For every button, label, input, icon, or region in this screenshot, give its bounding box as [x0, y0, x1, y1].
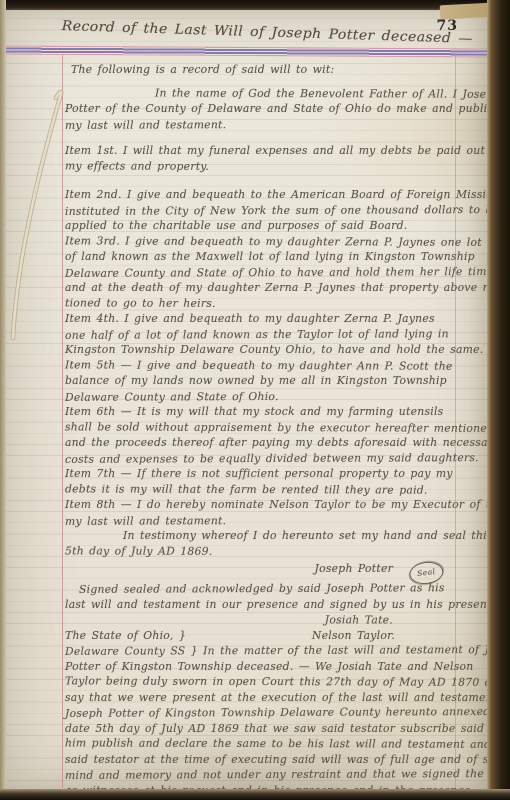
text-line-text: Item 8th — I do hereby nominate Nelson T… — [65, 498, 507, 511]
text-line: tioned to go to her heirs. — [65, 295, 457, 312]
text-line: my last will and testament. — [65, 116, 457, 133]
text-line: him publish and declare the same to be h… — [65, 735, 457, 752]
text-line: Potter of Kingston Township deceased. — … — [65, 659, 457, 675]
text-line-text: shall be sold without appraisement by th… — [65, 420, 494, 434]
text-line: Delaware County SS } In the matter of th… — [65, 642, 457, 659]
text-line-text: my last will and testament. — [65, 514, 226, 528]
page-corner-fold — [440, 3, 493, 20]
text-line-text: Potter of the County of Delaware and Sta… — [65, 102, 510, 115]
text-line: Item 6th — It is my will that my stock a… — [65, 404, 457, 420]
book-edge-right — [487, 0, 510, 800]
text-line-text: debts it is my will that the farm be ren… — [65, 482, 428, 496]
text-line-text: Delaware County SS } In the matter of th… — [65, 643, 510, 658]
text-line: Item 5th — I give and bequeath to my dau… — [65, 357, 457, 374]
text-line: said testator at the time of executing s… — [65, 752, 457, 768]
text-line-text: Item 6th — It is my will that my stock a… — [65, 405, 443, 418]
text-line-text: instituted in the City of New York the s… — [65, 202, 499, 217]
text-line-text: of land known as the Maxwell lot of land… — [65, 250, 475, 263]
text-line-text: him publish and declare the same to be h… — [65, 736, 510, 751]
text-line: Kingston Township Delaware County Ohio, … — [65, 342, 457, 358]
text-line-text: Potter of Kingston Township deceased. — … — [65, 660, 473, 673]
text-line-text: last will and testament in our presence … — [65, 598, 504, 611]
text-line-text: Item 3rd. I give and bequeath to my daug… — [65, 234, 482, 248]
text-line: In testimony whereof I do hereunto set m… — [123, 528, 457, 544]
text-line-text: Item 5th — I give and bequeath to my dau… — [65, 358, 453, 372]
book-edge-bottom — [0, 789, 510, 800]
text-line: Potter of the County of Delaware and Sta… — [65, 101, 457, 117]
text-line-text: say that we were present at the executio… — [65, 691, 510, 704]
text-line: In the name of God the Benevolent Father… — [155, 85, 457, 102]
text-line: last will and testament in our presence … — [65, 597, 457, 613]
text-line-text: my effects and property. — [65, 159, 209, 173]
text-line-text: Kingston Township Delaware County Ohio, … — [65, 343, 483, 356]
text-line-text: Item 7th — If there is not sufficient pe… — [65, 467, 453, 480]
text-line: balance of my lands now owned by me all … — [65, 373, 457, 389]
text-line-text: Joseph Potter of Kingston Township Delaw… — [65, 705, 510, 720]
text-line: say that we were present at the executio… — [65, 690, 457, 706]
text-line-text: my last will and testament. — [65, 118, 226, 132]
text-line: and the proceeds thereof after paying my… — [65, 435, 457, 451]
text-line-text: and the proceeds thereof after paying my… — [65, 436, 500, 449]
text-line-text: date 5th day of July AD 1869 that we saw… — [65, 722, 510, 735]
text-line-text: In the name of God the Benevolent Father… — [155, 86, 501, 100]
text-line-text: tioned to go to her heirs. — [65, 296, 216, 310]
text-line: mind and memory and not under any restra… — [65, 766, 457, 783]
text-line-text: Item 1st. I will that my funeral expense… — [65, 144, 501, 157]
text-line: of land known as the Maxwell lot of land… — [65, 249, 457, 265]
text-line-text: Taylor being duly sworn in open Court th… — [65, 674, 510, 689]
text-line-text: costs and expenses to be equally divided… — [65, 451, 479, 466]
manuscript-text: The following is a record of said will t… — [65, 62, 457, 798]
text-line-text: one half of a lot of land known as the T… — [65, 327, 449, 342]
text-line-text: 5th day of July AD 1869. — [65, 544, 213, 558]
text-line-text: Item 4th. I give and bequeath to my daug… — [65, 312, 435, 325]
text-line-text: balance of my lands now owned by me all … — [65, 374, 447, 387]
text-line: date 5th day of July AD 1869 that we saw… — [65, 721, 457, 737]
text-line: Item 3rd. I give and bequeath to my daug… — [65, 233, 457, 250]
text-line: 5th day of July AD 1869. — [65, 543, 457, 560]
text-line-text: and at the death of my daughter Zerna P.… — [65, 281, 510, 294]
jurat-caption: The State of Ohio, }Nelson Taylor. — [65, 628, 457, 644]
book-edge-top — [0, 0, 510, 10]
page-heading: Record of the Last Will of Joseph Potter… — [61, 18, 457, 46]
left-margin-line — [62, 55, 63, 788]
text-line-text: Item 2nd. I give and bequeath to the Ame… — [65, 188, 506, 201]
text-line: instituted in the City of New York the s… — [65, 202, 457, 219]
text-line: Taylor being duly sworn in open Court th… — [65, 673, 457, 690]
text-line: and at the death of my daughter Zerna P.… — [65, 280, 457, 296]
text-line-text: The following is a record of said will t… — [71, 63, 334, 76]
text-line: Item 4th. I give and bequeath to my daug… — [65, 311, 457, 327]
text-line: costs and expenses to be equally divided… — [65, 450, 457, 467]
text-line: Delaware County and State of Ohio. — [65, 388, 457, 405]
header-rule — [4, 46, 488, 58]
testator-signature: Joseph PotterSeal — [65, 559, 457, 581]
text-line-text: The State of Ohio, } — [65, 628, 186, 644]
text-line: my effects and property. — [65, 158, 457, 175]
text-line: applied to the charitable use and purpos… — [65, 218, 457, 234]
text-line-text: Delaware County and State of Ohio. — [65, 389, 279, 403]
page-number: 73 — [437, 18, 458, 34]
text-line-text: Joseph Potter — [315, 562, 393, 575]
text-line-text: mind and memory and not under any restra… — [65, 767, 510, 782]
text-line: Item 7th — If there is not sufficient pe… — [65, 466, 457, 482]
text-line: Delaware County and State of Ohio to hav… — [65, 264, 457, 281]
text-line-text: applied to the charitable use and purpos… — [65, 219, 407, 232]
text-line-text: In testimony whereof I do hereunto set m… — [123, 529, 493, 542]
text-line: Item 2nd. I give and bequeath to the Ame… — [65, 187, 457, 203]
text-line: Joseph Potter of Kingston Township Delaw… — [65, 704, 457, 721]
text-line: Item 8th — I do hereby nominate Nelson T… — [65, 497, 457, 513]
text-line-text: said testator at the time of executing s… — [65, 753, 510, 766]
intro-line: The following is a record of said will t… — [71, 62, 457, 78]
text-line: Item 1st. I will that my funeral expense… — [65, 143, 457, 159]
text-line: one half of a lot of land known as the T… — [65, 326, 457, 343]
text-line: Signed sealed and acknowledged by said J… — [79, 580, 457, 597]
text-line-text: Delaware County and State of Ohio to hav… — [65, 264, 493, 279]
text-line-text: Signed sealed and acknowledged by said J… — [79, 581, 445, 596]
text-line-text: Josiah Tate. — [325, 613, 393, 626]
text-line: shall be sold without appraisement by th… — [65, 419, 457, 436]
witness-signature: Nelson Taylor. — [312, 628, 395, 644]
ledger-page: Record of the Last Will of Joseph Potter… — [4, 8, 488, 792]
witness-signature: Josiah Tate. — [65, 611, 457, 628]
text-line: debts it is my will that the farm be ren… — [65, 481, 457, 498]
text-line: my last will and testament. — [65, 512, 457, 529]
book-edge-left — [0, 0, 6, 800]
ledger-photo: Record of the Last Will of Joseph Potter… — [0, 0, 510, 800]
